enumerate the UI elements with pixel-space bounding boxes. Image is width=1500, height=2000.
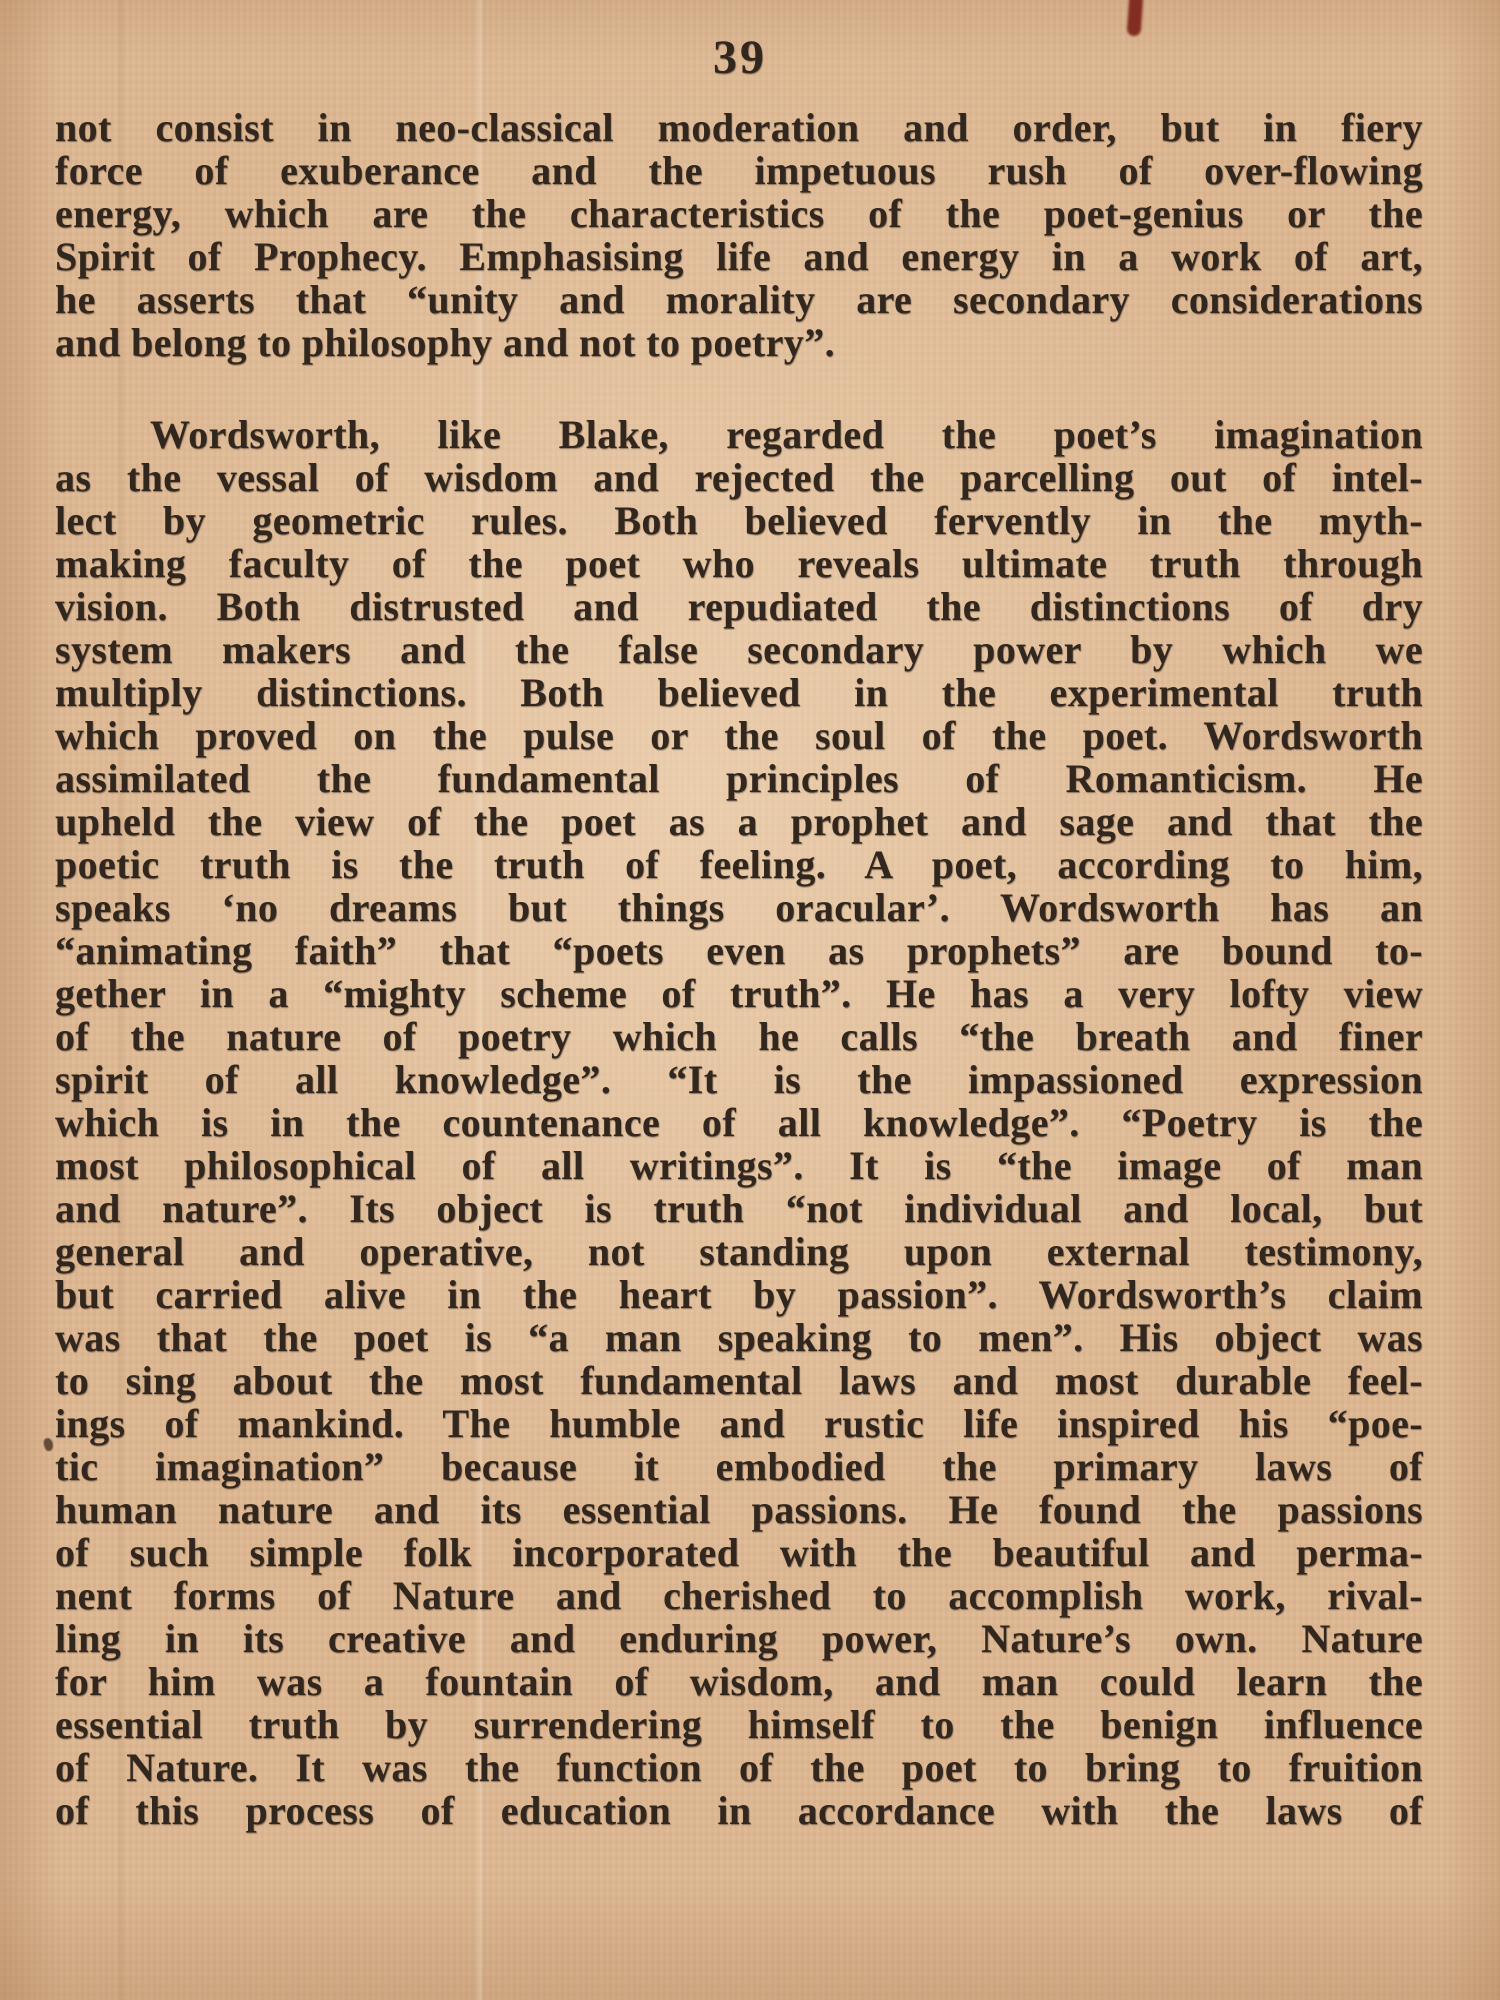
text-line: lect by geometric rules. Both believed f… <box>55 499 1423 542</box>
text-line: of such simple folk incorporated with th… <box>55 1531 1423 1574</box>
ink-speck-artifact <box>42 1437 55 1452</box>
text-line: most philosophical of all writings”. It … <box>55 1144 1423 1187</box>
text-line: Wordsworth, like Blake, regarded the poe… <box>55 413 1423 456</box>
text-line: which proved on the pulse or the soul of… <box>55 714 1423 757</box>
text-line: multiply distinctions. Both believed in … <box>55 671 1423 714</box>
text-line: speaks ‘no dreams but things oracular’. … <box>55 886 1423 929</box>
text-line: human nature and its essential passions.… <box>55 1488 1423 1531</box>
text-line: general and operative, not standing upon… <box>55 1230 1423 1273</box>
text-line: essential truth by surrendering himself … <box>55 1703 1423 1746</box>
text-line: upheld the view of the poet as a prophet… <box>55 800 1423 843</box>
text-line: as the vessal of wisdom and rejected the… <box>55 456 1423 499</box>
text-line: nent forms of Nature and cherished to ac… <box>55 1574 1423 1617</box>
text-line: ings of mankind. The humble and rustic l… <box>55 1402 1423 1445</box>
text-line: of the nature of poetry which he calls “… <box>55 1015 1423 1058</box>
text-line: and belong to philosophy and not to poet… <box>55 321 1423 364</box>
text-line: ling in its creative and enduring power,… <box>55 1617 1423 1660</box>
text-line: to sing about the most fundamental laws … <box>55 1359 1423 1402</box>
text-block: not consist in neo-classical moderation … <box>55 106 1423 1832</box>
text-line: “animating faith” that “poets even as pr… <box>55 929 1423 972</box>
text-line: force of exuberance and the impetuous ru… <box>55 149 1423 192</box>
text-line: making faculty of the poet who reveals u… <box>55 542 1423 585</box>
text-line: of Nature. It was the function of the po… <box>55 1746 1423 1789</box>
text-line: system makers and the false secondary po… <box>55 628 1423 671</box>
text-line: Spirit of Prophecy. Emphasising life and… <box>55 235 1423 278</box>
text-line: of this process of education in accordan… <box>55 1789 1423 1832</box>
text-line: tic imagination” because it embodied the… <box>55 1445 1423 1488</box>
paragraph-wordsworth: Wordsworth, like Blake, regarded the poe… <box>55 413 1423 1832</box>
text-line: vision. Both distrusted and repudiated t… <box>55 585 1423 628</box>
text-line: which is in the countenance of all knowl… <box>55 1101 1423 1144</box>
text-line: assimilated the fundamental principles o… <box>55 757 1423 800</box>
text-line: poetic truth is the truth of feeling. A … <box>55 843 1423 886</box>
text-line: spirit of all knowledge”. “It is the imp… <box>55 1058 1423 1101</box>
text-line: gether in a “mighty scheme of truth”. He… <box>55 972 1423 1015</box>
text-line: but carried alive in the heart by passio… <box>55 1273 1423 1316</box>
paragraph-continuation: not consist in neo-classical moderation … <box>55 106 1423 364</box>
text-line: for him was a fountain of wisdom, and ma… <box>55 1660 1423 1703</box>
text-line: he asserts that “unity and morality are … <box>55 278 1423 321</box>
text-line: energy, which are the characteristics of… <box>55 192 1423 235</box>
text-line: was that the poet is “a man speaking to … <box>55 1316 1423 1359</box>
text-line: and nature”. Its object is truth “not in… <box>55 1187 1423 1230</box>
page-number: 39 <box>55 30 1425 85</box>
book-page: 39 not consist in neo-classical moderati… <box>0 0 1500 2000</box>
text-line: not consist in neo-classical moderation … <box>55 106 1423 149</box>
